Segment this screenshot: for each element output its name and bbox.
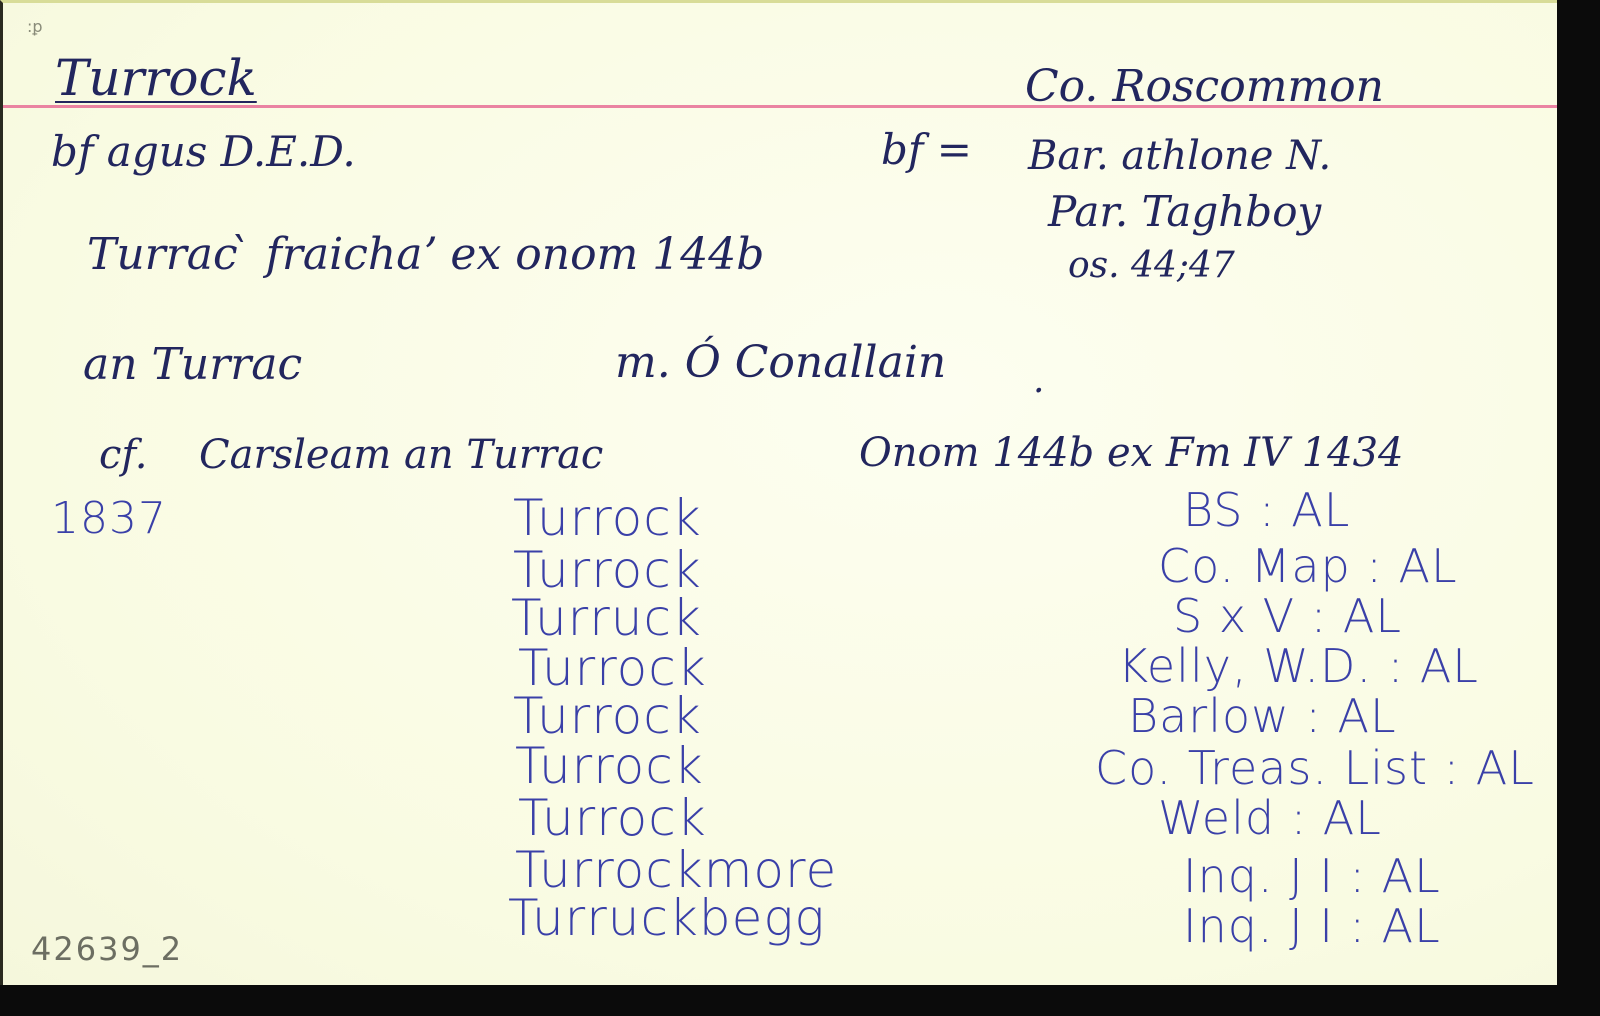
card-number: 42639_2: [31, 933, 183, 965]
irish-name: an Turrac: [83, 343, 302, 387]
source-item: S x V : AL: [1173, 593, 1402, 639]
variant-item: Turrock: [513, 493, 702, 543]
parish-text: Par. Taghboy: [1048, 191, 1321, 233]
source-item: BS : AL: [1183, 487, 1350, 533]
bf-equals-label: bf =: [881, 129, 972, 171]
index-card: :ꝑ Turrock Co. Roscommon bf agus D.E.D. …: [0, 0, 1557, 985]
os-sheet-text: os. 44;47: [1068, 248, 1235, 284]
placename-heading: Turrock: [55, 53, 257, 103]
barony-text: Bar. athlone N.: [1028, 136, 1331, 176]
variant-item: Turrock: [513, 545, 702, 595]
year-label: 1837: [51, 497, 167, 541]
attribution-dot: .: [1033, 363, 1044, 399]
variant-item: Turrock: [515, 741, 704, 791]
variant-item: Turrock: [518, 643, 707, 693]
variant-item: Turruckbegg: [508, 893, 825, 943]
source-item: Kelly, W.D. : AL: [1118, 643, 1479, 689]
source-item: Inq. J I : AL: [1183, 853, 1441, 899]
variant-item: Turruck: [511, 593, 702, 643]
variant-item: Turrockmore: [515, 845, 837, 895]
cf-prefix: cf.: [99, 435, 148, 475]
source-item: Co. Treas. List : AL: [1095, 745, 1535, 791]
source-item: Inq. J I : AL: [1183, 903, 1441, 949]
cf-reference: Onom 144b ex Fm IV 1434: [859, 433, 1404, 473]
source-item: Co. Map : AL: [1158, 543, 1458, 589]
cf-name: Carsleam an Turrac: [199, 435, 603, 475]
county-heading: Co. Roscommon: [1025, 65, 1384, 109]
bf-ded-line: bf agus D.E.D.: [51, 131, 356, 173]
source-item: Weld : AL: [1158, 795, 1382, 841]
variant-item: Turrock: [518, 793, 707, 843]
attribution: m. Ó Conallain: [615, 341, 946, 385]
irish-form-line: Turrac ̀ fraichaʼ ex onom 144b: [87, 233, 764, 277]
variant-item: Turrock: [513, 691, 702, 741]
corner-mark: :ꝑ: [27, 17, 43, 36]
source-item: Barlow : AL: [1128, 693, 1397, 739]
